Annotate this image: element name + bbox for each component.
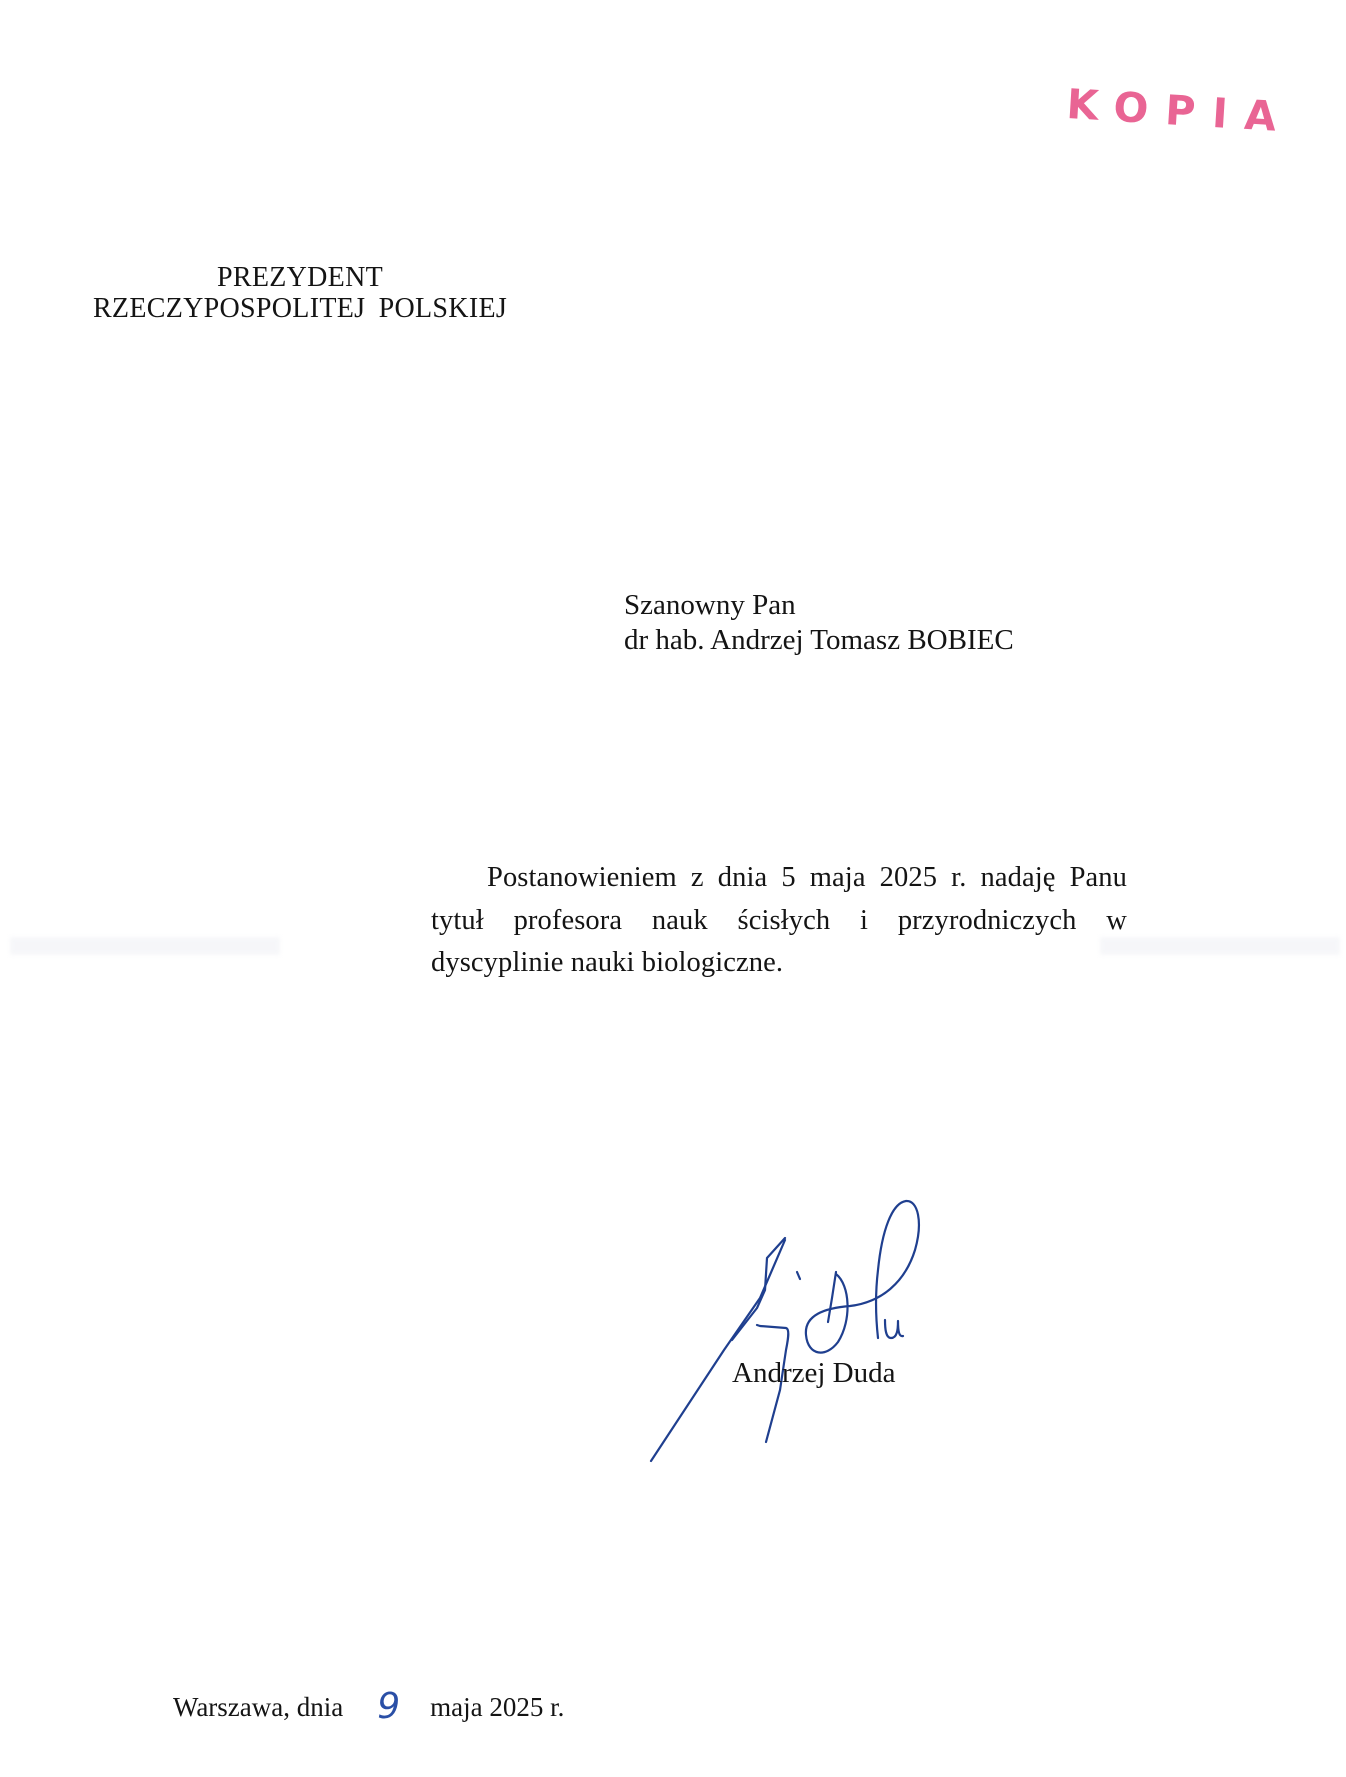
handwritten-day: 9: [377, 1689, 400, 1725]
place-and-date: Warszawa, dnia9maja 2025 r.: [173, 1687, 564, 1723]
issuer-heading: PREZYDENT RZECZYPOSPOLITEJ POLSKIEJ: [60, 262, 540, 324]
body-paragraph: Postanowieniem z dnia 5 maja 2025 r. nad…: [431, 857, 1127, 985]
letter-page: KOPIA PREZYDENT RZECZYPOSPOLITEJ POLSKIE…: [0, 0, 1346, 1777]
place-date-prefix: Warszawa, dnia: [173, 1694, 343, 1721]
place-date-suffix: maja 2025 r.: [430, 1694, 564, 1721]
signatory-name: Andrzej Duda: [732, 1359, 895, 1388]
handwritten-signature: [620, 1190, 960, 1490]
scan-artifact: [1100, 937, 1340, 955]
issuer-title: PREZYDENT: [60, 262, 540, 293]
addressee-block: Szanowny Pan dr hab. Andrzej Tomasz BOBI…: [624, 588, 1014, 658]
salutation: Szanowny Pan: [624, 588, 1014, 623]
scan-artifact: [10, 937, 280, 955]
signature-icon: [620, 1190, 960, 1490]
addressee-name: dr hab. Andrzej Tomasz BOBIEC: [624, 623, 1014, 658]
issuer-country: RZECZYPOSPOLITEJ POLSKIEJ: [60, 293, 540, 324]
copy-stamp: KOPIA: [1065, 84, 1307, 140]
